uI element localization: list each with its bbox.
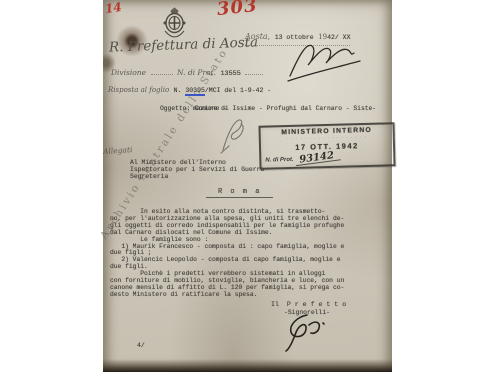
handwritten-annotation (286, 34, 364, 84)
division-line: Divisione N. di Prot. 13555 (111, 62, 263, 80)
recipient-line: Segreteria (130, 173, 264, 180)
registry-stamp: MINISTERO INTERNO · · · · · · · · · · · … (258, 122, 395, 170)
reply-label: Risposta al foglio (108, 86, 169, 94)
red-corner-number: 14 (104, 0, 122, 16)
footer-mark: 4/ (137, 342, 145, 349)
stamp-protocol-row: N. di Prot. 93142 (265, 151, 389, 164)
division-label: Divisione (111, 68, 146, 77)
letterhead-title: R. Prefettura di Aosta (109, 34, 259, 55)
letter-body: In esito alla nota contro distinta, si t… (110, 209, 344, 299)
stamp-protocol-label: N. di Prot. (265, 157, 293, 164)
signature-flourish (281, 311, 329, 353)
reply-suffix: /MCI del 1-9-42 - (205, 87, 271, 94)
pencil-scribble (217, 116, 251, 154)
protocol-number: 13555 (220, 70, 240, 78)
subject-text-line2: mazione - (193, 105, 227, 112)
scanned-letter-page: Archivio centrale dello Stato 14 303 Aos… (103, 0, 392, 372)
savoy-coat-of-arms-icon (161, 7, 188, 39)
reply-number: 30395 (185, 87, 205, 96)
body-line: desto Ministero di ratificare la spesa. (110, 292, 344, 299)
red-file-number: 303 (216, 0, 259, 20)
reply-reference-line: Risposta al foglio N. 30395/MCI del 1-9-… (108, 79, 271, 97)
protocol-label: N. di Prot. (177, 68, 216, 77)
blank-rule (151, 73, 173, 75)
recipient-block: Al Ministero dell'Interno Ispettorato pe… (130, 159, 264, 181)
closing-role: Il P r e f e t t o (271, 301, 346, 308)
attachments-label: Allegati (103, 145, 133, 156)
blank-rule (245, 73, 263, 75)
subject-label: Oggetto: (160, 105, 190, 112)
stamp-protocol-number: 93142 (295, 150, 341, 166)
recipient-city: R o m a (206, 188, 273, 198)
reply-prefix: N. (174, 87, 186, 94)
